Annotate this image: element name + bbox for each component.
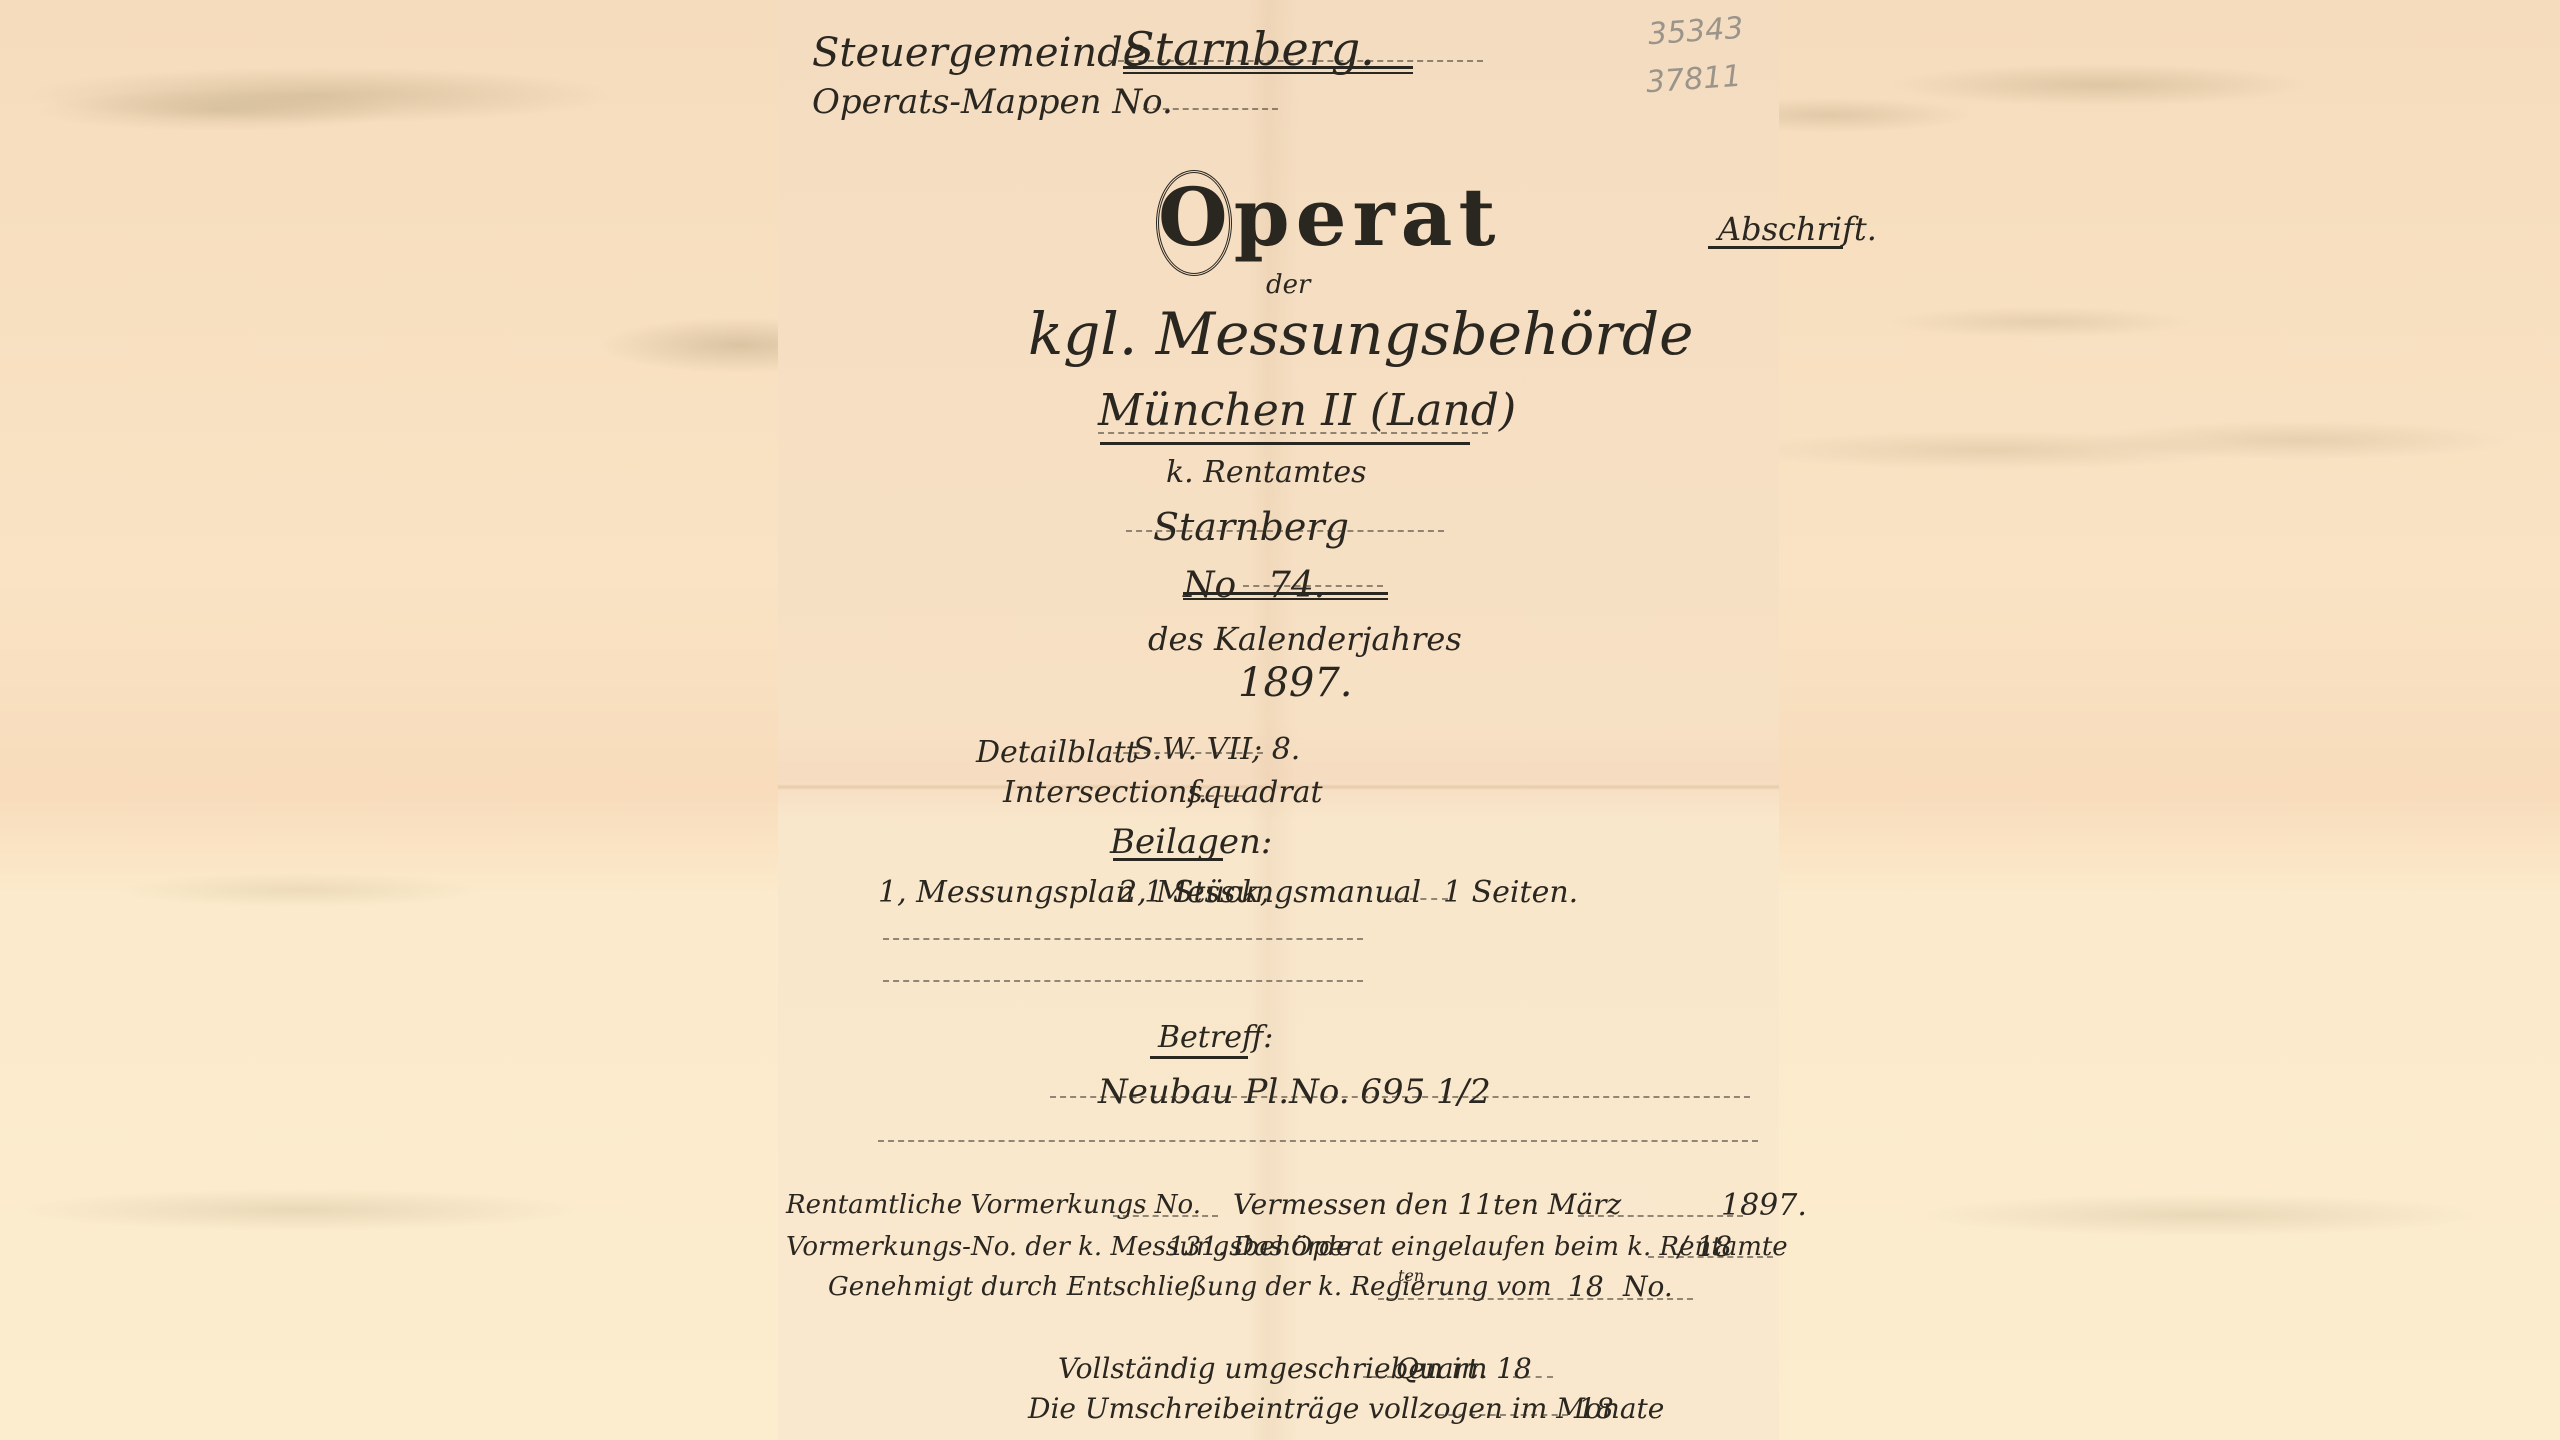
underline <box>1708 246 1843 249</box>
underline <box>1100 442 1470 445</box>
underline <box>1113 858 1223 861</box>
dotted-line <box>1143 108 1278 110</box>
detail-sheet-value: S.W. VII; 8. <box>1133 732 1300 767</box>
rentamt-value: Starnberg <box>1153 505 1349 549</box>
copy-mark: Abschrift. <box>1718 210 1877 248</box>
footer-value: 18 <box>1578 1392 1614 1425</box>
dotted-line <box>1113 1215 1218 1217</box>
record-left-value: ten <box>1398 1266 1424 1285</box>
dotted-line <box>1050 1096 1750 1098</box>
record-right-value: No. <box>1623 1270 1673 1303</box>
attachments-heading: Beilagen: <box>1110 822 1272 862</box>
dotted-line <box>1098 432 1488 434</box>
record-right-value: 1897. <box>1721 1188 1807 1223</box>
footer-value: Quart. 18 <box>1396 1352 1532 1385</box>
dotted-line <box>1198 795 1243 797</box>
rentamt-label: k. Rentamtes <box>1166 455 1367 490</box>
authority-name: kgl. Messungsbehörde <box>1028 300 1693 368</box>
archive-number: 35343 <box>1647 11 1745 53</box>
municipality-label: Steuergemeinde <box>812 30 1146 76</box>
subject-value: Neubau Pl.No. 695 1/2 <box>1098 1072 1491 1112</box>
subtitle-der: der <box>1266 270 1310 300</box>
attachment-item: 1 Seiten. <box>1443 875 1578 910</box>
document-title: Operat <box>1158 170 1501 264</box>
archive-number: 37811 <box>1645 59 1743 101</box>
dotted-line <box>883 980 1363 982</box>
dotted-line <box>1578 1215 1743 1217</box>
record-right-value: / 18 <box>1678 1230 1732 1263</box>
historical-document-page: Steuergemeinde Starnberg. Operats-Mappen… <box>778 0 1779 1440</box>
authority-location: München II (Land) <box>1098 385 1516 436</box>
attachment-item: 2, Messungsmanual <box>1118 875 1421 910</box>
dotted-line <box>1388 898 1448 900</box>
subject-heading: Betreff: <box>1158 1020 1273 1055</box>
intersection-value: f. <box>1188 775 1208 810</box>
folder-label: Operats-Mappen No. <box>812 82 1173 122</box>
record-left-value: 131. <box>1168 1232 1226 1262</box>
record-right-label: 18 <box>1568 1270 1604 1303</box>
calendar-year-label: des Kalenderjahres <box>1148 620 1462 658</box>
dotted-line <box>878 1140 1758 1142</box>
footer-label: Die Umschreibeinträge vollzogen im Monat… <box>1028 1392 1664 1425</box>
dotted-line <box>1108 60 1483 62</box>
dotted-line <box>1113 752 1263 754</box>
calendar-year-value: 1897. <box>1238 660 1353 706</box>
dotted-line <box>1243 585 1383 587</box>
double-underline <box>1183 592 1388 600</box>
dotted-line <box>1126 530 1444 532</box>
dotted-line <box>1513 1376 1553 1378</box>
record-right-label: Vermessen den 11ten März <box>1233 1188 1621 1221</box>
dotted-line <box>883 938 1363 940</box>
dotted-line <box>1438 1414 1568 1416</box>
dotted-line <box>1363 1376 1393 1378</box>
underline <box>1150 1056 1248 1059</box>
intersection-label: Intersectionsquadrat <box>1003 775 1323 810</box>
double-underline <box>1123 66 1413 74</box>
